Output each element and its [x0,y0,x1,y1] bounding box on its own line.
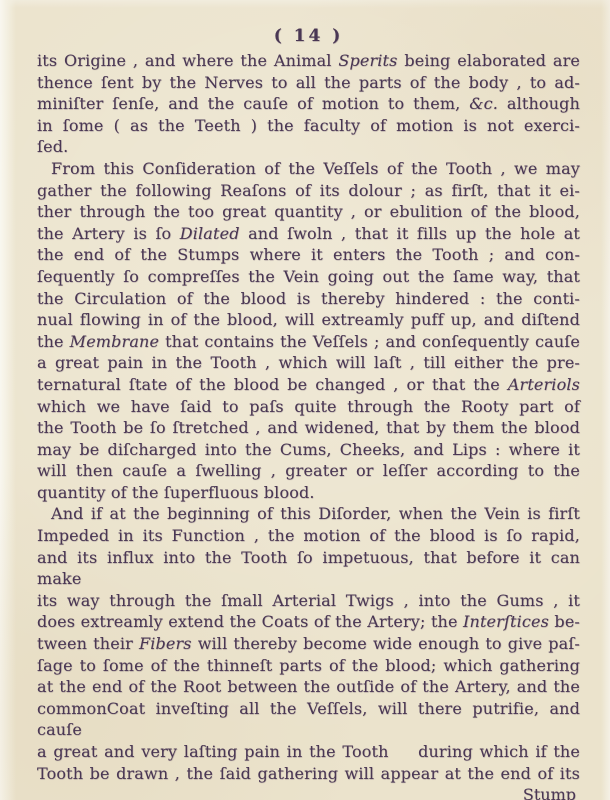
text-line: Tooth be drawn , the ſaid gathering will… [37,763,580,785]
italic-text: Membrane [70,332,159,351]
text-line: And if at the beginning of this Diſorder… [37,503,580,525]
body-text: the end of the Stumps where it enters th… [37,245,580,264]
body-text: although [498,94,580,113]
body-text: miniſter ſenſe, and the cauſe of motion … [37,94,469,113]
text-line: its way through the ſmall Arterial Twigs… [37,590,580,612]
paragraph: From this Conſideration of the Veſſels o… [37,158,580,504]
body-text: ther through the too great quantity , or… [37,202,580,221]
body-text: that contains the Veſſels ; and conſeque… [159,332,580,351]
body-text: will then cauſe a ſwelling , greater or … [37,461,580,480]
text-line: gather the following Reaſons of its dolo… [37,180,580,202]
body-text: commonCoat inveſting all the Veſſels, wi… [37,699,580,740]
text-line: quantity of the ſuperfluous blood. [37,482,580,504]
text-line: the Artery is ſo Dilated and ſwoln , tha… [37,223,580,245]
body-text: be- [549,612,580,631]
text-line: thence ſent by the Nerves to all the par… [37,72,580,94]
italic-text: Fibers [139,634,192,653]
body-text: the [37,332,70,351]
body-text: a great pain in the Tooth , which will l… [37,353,580,372]
page-number: ( 14 ) [37,25,580,48]
paragraph: its Origine , and where the Animal Speri… [37,50,580,158]
text-line: ſequently ſo compreſſes the Vein going o… [37,266,580,288]
text-line: Impeded in its Function , the motion of … [37,525,580,547]
text-line: ternatural ſtate of the blood be changed… [37,374,580,396]
text-line: its Origine , and where the Animal Speri… [37,50,580,72]
italic-text: Sperits [338,51,397,70]
body-text: at the end of the Root between the outſi… [37,677,580,696]
text-line: may be diſcharged into the Cums, Cheeks,… [37,439,580,461]
text-line: at the end of the Root between the outſi… [37,676,580,698]
text-line: and its influx into the Tooth ſo impetuo… [37,547,580,590]
body-text: the Tooth be ſo ſtretched , and widened,… [37,418,580,437]
text-line: a great and very laſting pain in the Too… [37,741,580,763]
text-line: From this Conſideration of the Veſſels o… [37,158,580,180]
body-text: the Artery is ſo [37,224,180,243]
text-line: a great pain in the Tooth , which will l… [37,352,580,374]
body-text: may be diſcharged into the Cums, Cheeks,… [37,440,580,459]
body-text: tween their [37,634,139,653]
body-text: ſage to ſome of the thinneſt parts of th… [37,656,580,675]
body-text: and its influx into the Tooth ſo impetuo… [37,548,580,589]
italic-text: &c. [469,94,498,113]
body-text: Impeded in its Function , the motion of … [37,526,580,545]
text-line: ther through the too great quantity , or… [37,201,580,223]
paragraph: And if at the beginning of this Diſorder… [37,503,580,784]
text-line: in ſome ( as the Teeth ) the faculty of … [37,115,580,137]
body-text: thence ſent by the Nerves to all the par… [37,73,580,92]
body-text: ſequently ſo compreſſes the Vein going o… [37,267,580,286]
italic-text: Arteriols [508,375,580,394]
catchword: Stump [37,784,580,800]
text-line: will then cauſe a ſwelling , greater or … [37,460,580,482]
text-line: the Circulation of the blood is thereby … [37,288,580,310]
body-text: being elaborated are [398,51,580,70]
text-block: its Origine , and where the Animal Speri… [37,50,580,784]
page-content: ( 14 ) its Origine , and where the Anima… [37,25,580,800]
text-line: ſed. [37,136,580,158]
text-line: miniſter ſenſe, and the cauſe of motion … [37,93,580,115]
body-text: And if at the beginning of this Diſorder… [51,504,580,523]
body-text: quantity of the ſuperfluous blood. [37,483,315,502]
body-text: Tooth be drawn , the ſaid gathering will… [37,764,580,783]
body-text: the Circulation of the blood is thereby … [37,289,580,308]
text-line: ſage to ſome of the thinneſt parts of th… [37,655,580,677]
italic-text: Interſtices [463,612,549,631]
italic-text: Dilated [180,224,240,243]
body-text: in ſome ( as the Teeth ) the faculty of … [37,116,580,135]
body-text: will thereby become wide enough to give … [192,634,580,653]
text-line: tween their Fibers will thereby become w… [37,633,580,655]
text-line: nual flowing in of the blood, will extre… [37,309,580,331]
body-text: nual flowing in of the blood, will extre… [37,310,580,329]
body-text: a great and very laſting pain in the Too… [37,742,580,761]
body-text: which we have ſaid to paſs quite through… [37,397,580,416]
text-line: the end of the Stumps where it enters th… [37,244,580,266]
text-line: which we have ſaid to paſs quite through… [37,396,580,418]
book-page: ( 14 ) its Origine , and where the Anima… [0,0,610,800]
text-line: commonCoat inveſting all the Veſſels, wi… [37,698,580,741]
body-text: From this Conſideration of the Veſſels o… [51,159,580,178]
body-text: ſed. [37,137,68,156]
body-text: ternatural ſtate of the blood be changed… [37,375,508,394]
body-text: and ſwoln , that it fills up the hole at [240,224,580,243]
text-line: the Tooth be ſo ſtretched , and widened,… [37,417,580,439]
text-line: does extreamly extend the Coats of the A… [37,611,580,633]
body-text: its Origine , and where the Animal [37,51,338,70]
body-text: does extreamly extend the Coats of the A… [37,612,463,631]
body-text: gather the following Reaſons of its dolo… [37,181,580,200]
body-text: its way through the ſmall Arterial Twigs… [37,591,580,610]
text-line: the Membrane that contains the Veſſels ;… [37,331,580,353]
